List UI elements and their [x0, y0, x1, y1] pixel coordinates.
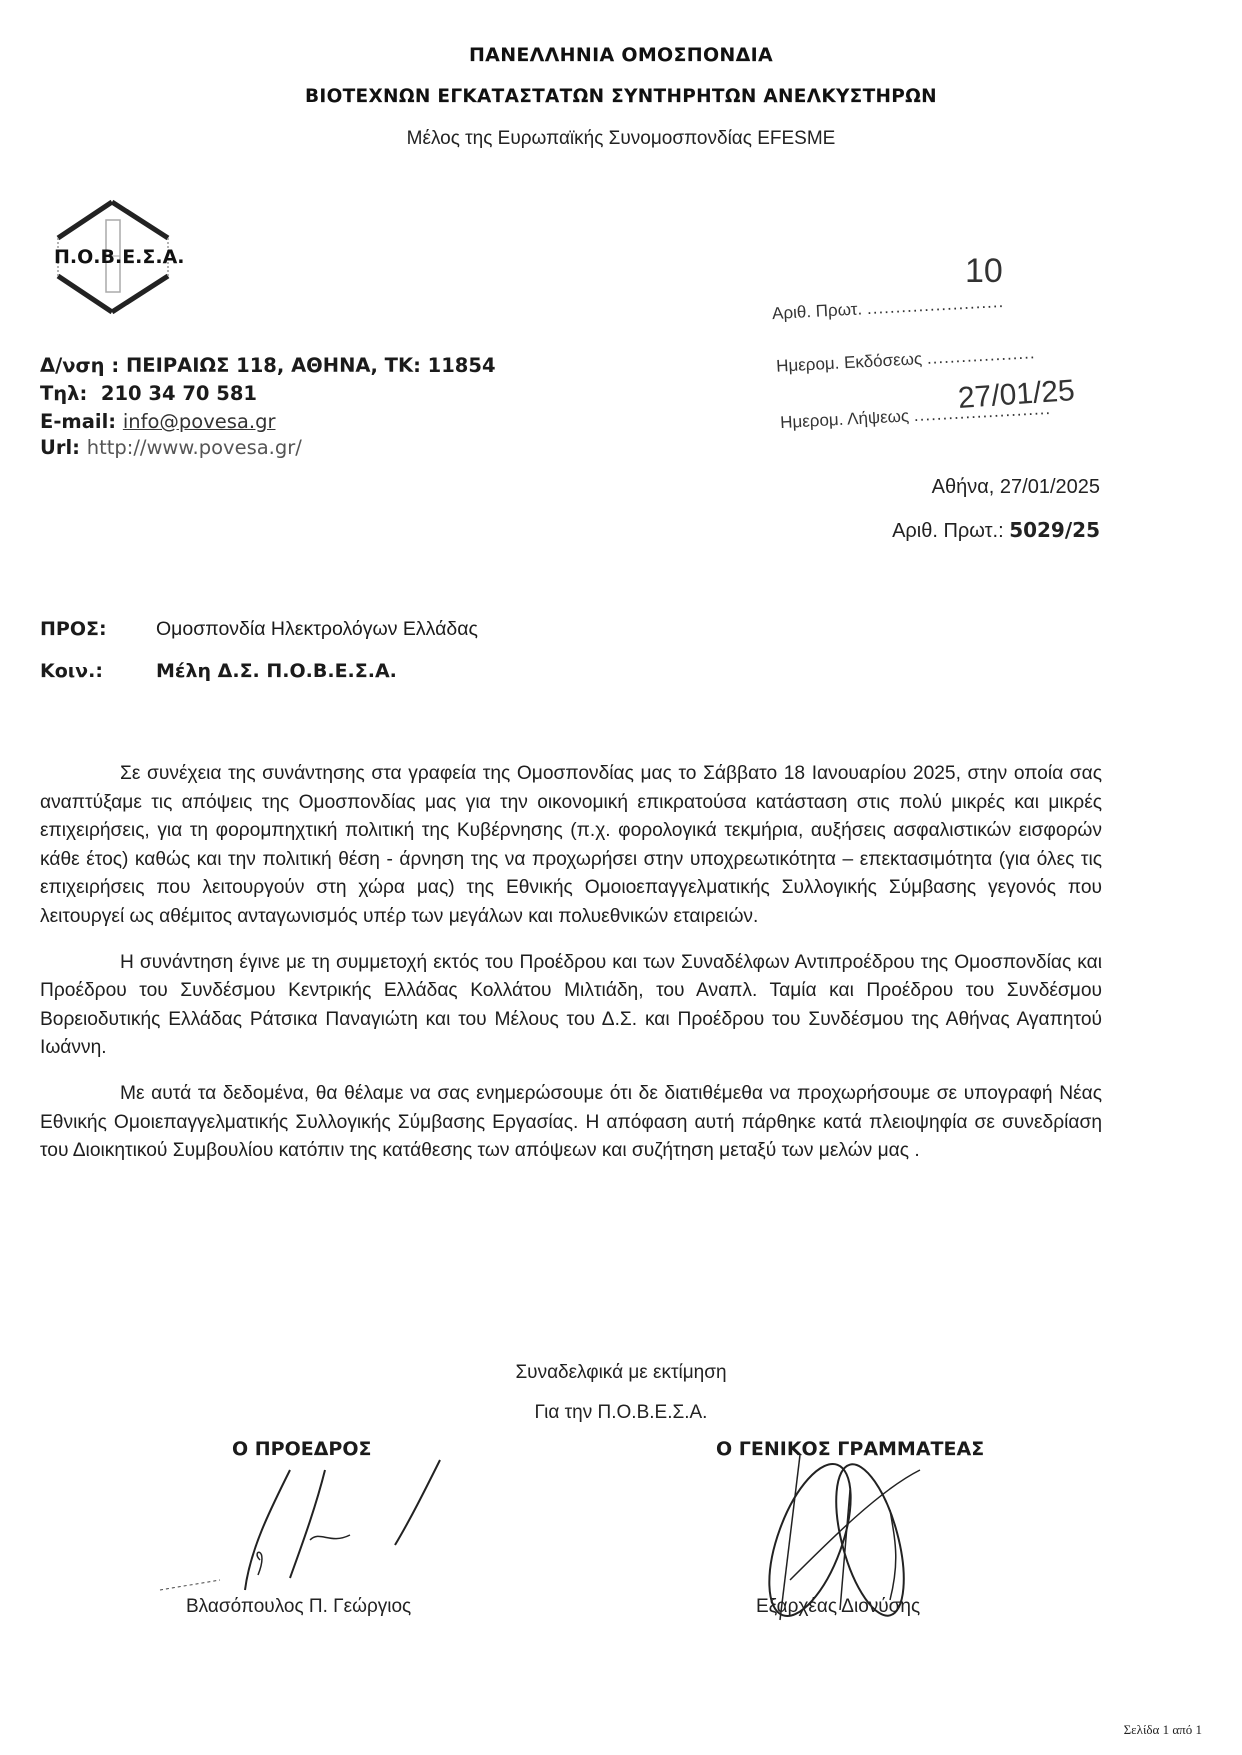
president-signature-icon: [150, 1450, 470, 1600]
reference-number: 5029/25: [1009, 518, 1100, 542]
stamp-protocol: Αριθ. Πρωτ. ........................: [772, 292, 1005, 324]
cc-recipient: Μέλη Δ.Σ. Π.Ο.Β.Ε.Σ.Α.: [156, 660, 397, 682]
secretary-name: Εξαρχέας Διονύσης: [756, 1596, 920, 1618]
organization-logo: Π.Ο.Β.Ε.Σ.Α.: [50, 198, 180, 318]
cc-label: Κοιν.:: [40, 660, 103, 682]
email-link[interactable]: info@povesa.gr: [123, 410, 276, 433]
date-line: Αθήνα, 27/01/2025: [932, 476, 1100, 499]
reference-label: Αριθ. Πρωτ.:: [892, 520, 1004, 542]
letterhead-title: ΠΑΝΕΛΛΗΝΙΑ ΟΜΟΣΠΟΝΔΙΑ: [0, 44, 1242, 66]
stamp-issue-date-label: Ημερομ. Εκδόσεως: [776, 349, 923, 376]
email-line: E-mail: info@povesa.gr: [40, 410, 275, 433]
body-paragraph-3: Με αυτά τα δεδομένα, θα θέλαμε να σας εν…: [40, 1080, 1102, 1166]
address-line: Δ/νση : ΠΕΙΡΑΙΩΣ 118, ΑΘΗΝΑ, ΤΚ: 11854: [40, 354, 496, 377]
logo-text: Π.Ο.Β.Ε.Σ.Α.: [54, 246, 185, 268]
body-paragraph-1: Σε συνέχεια της συνάντησης στα γραφεία τ…: [40, 760, 1102, 932]
address-value: ΠΕΙΡΑΙΩΣ 118, ΑΘΗΝΑ, ΤΚ: 11854: [126, 354, 496, 377]
stamp-receipt-date-label: Ημερομ. Λήψεως: [780, 406, 910, 432]
to-recipient: Ομοσπονδία Ηλεκτρολόγων Ελλάδας: [156, 618, 478, 641]
stamp-protocol-label: Αριθ. Πρωτ.: [772, 299, 863, 323]
url-label: Url:: [40, 436, 80, 459]
url-line: Url: http://www.povesa.gr/: [40, 436, 302, 459]
phone-line: Τηλ: 210 34 70 581: [40, 382, 257, 405]
closing-salutation: Συναδελφικά με εκτίμηση: [0, 1362, 1242, 1384]
body-paragraph-2: Η συνάντηση έγινε με τη συμμετοχή εκτός …: [40, 949, 1102, 1063]
url-link[interactable]: http://www.povesa.gr/: [87, 436, 302, 459]
president-name: Βλασόπουλος Π. Γεώργιος: [186, 1596, 411, 1618]
letterhead-membership: Μέλος της Ευρωπαϊκής Συνομοσπονδίας EFES…: [0, 128, 1242, 150]
stamp-issue-date: Ημερομ. Εκδόσεως ...................: [776, 343, 1036, 377]
page-number: Σελίδα 1 από 1: [1124, 1722, 1202, 1738]
phone-value: 210 34 70 581: [101, 382, 257, 405]
letter-body: Σε συνέχεια της συνάντησης στα γραφεία τ…: [40, 760, 1102, 1183]
email-label: E-mail:: [40, 410, 116, 433]
letterhead-subtitle: ΒΙΟΤΕΧΝΩΝ ΕΓΚΑΤΑΣΤΑΤΩΝ ΣΥΝΤΗΡΗΤΩΝ ΑΝΕΛΚΥ…: [0, 86, 1242, 107]
phone-label: Τηλ:: [40, 382, 87, 405]
to-label: ΠΡΟΣ:: [40, 618, 107, 640]
handwritten-protocol-number: 10: [965, 252, 1003, 291]
address-label: Δ/νση :: [40, 354, 119, 377]
closing-on-behalf: Για την Π.Ο.Β.Ε.Σ.Α.: [0, 1402, 1242, 1424]
handwritten-receipt-date: 27/01/25: [957, 374, 1076, 416]
reference-line: Αριθ. Πρωτ.: 5029/25: [892, 518, 1100, 543]
